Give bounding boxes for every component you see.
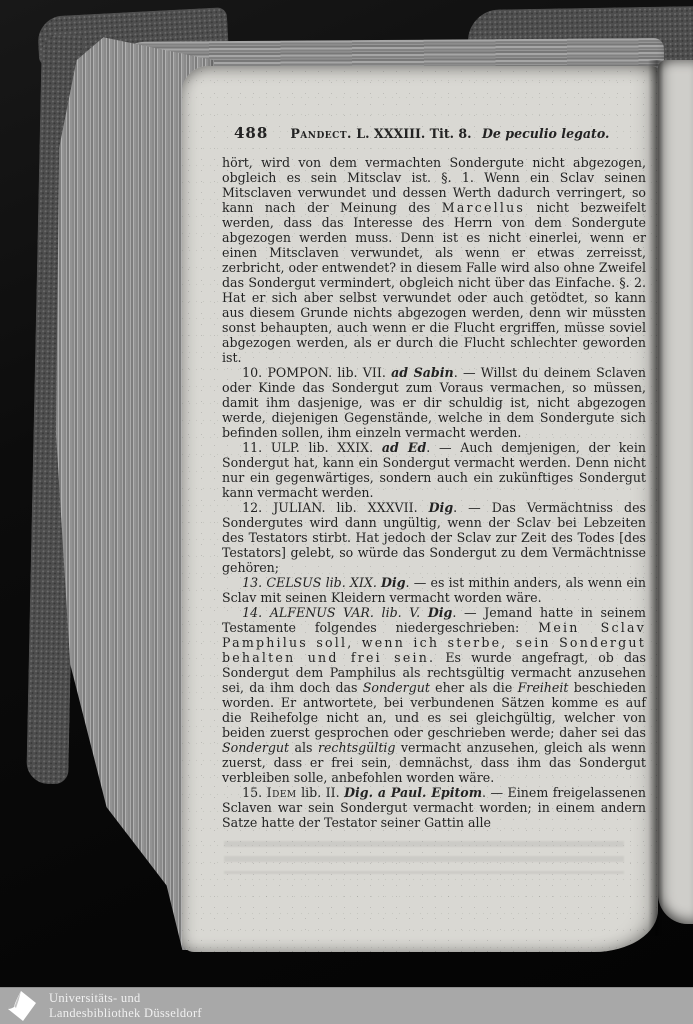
chapter-title-work: Pandect. <box>290 126 352 141</box>
text-segment: Dig <box>429 500 454 515</box>
library-watermark-bar: Universitäts- und Landesbibliothek Düsse… <box>0 987 693 1024</box>
text-segment: ad Ed <box>382 440 426 455</box>
text-segment: lib. II. <box>297 785 344 800</box>
text-segment: eher als die <box>430 680 518 695</box>
paragraph: 11. ULP. lib. XXIX. ad Ed. — Auch demjen… <box>222 440 646 500</box>
text-segment: 10. POMPON. lib. VII. <box>242 365 391 380</box>
running-header: 488 Pandect. L. XXXIII. Tit. 8. De pecul… <box>222 124 646 142</box>
library-name: Universitäts- und Landesbibliothek Düsse… <box>49 991 202 1021</box>
book-page: 488 Pandect. L. XXXIII. Tit. 8. De pecul… <box>182 66 658 952</box>
gutter-shadow <box>648 60 664 936</box>
body-text: hört, wird von dem vermachten Sondergute… <box>222 155 646 830</box>
text-segment: Idem <box>267 785 297 800</box>
paragraph: hört, wird von dem vermachten Sondergute… <box>222 155 646 365</box>
page-number: 488 <box>234 124 268 142</box>
paragraph: 14. ALFENUS VAR. lib. V. Dig. — Jemand h… <box>222 605 646 785</box>
library-name-line1: Universitäts- und <box>49 991 202 1006</box>
page-content: 488 Pandect. L. XXXIII. Tit. 8. De pecul… <box>222 124 646 830</box>
chapter-title-ref: L. XXXIII. Tit. 8. <box>356 126 471 141</box>
text-segment: 14. ALFENUS VAR. lib. V. <box>242 605 428 620</box>
paragraph: 12. JULIAN. lib. XXXVII. Dig. — Das Verm… <box>222 500 646 575</box>
text-segment: rechtsgültig <box>318 740 396 755</box>
text-segment: Marcellus <box>442 200 525 215</box>
verso-show-through <box>224 838 624 874</box>
text-segment: 11. ULP. lib. XXIX. <box>242 440 382 455</box>
text-segment: Sondergut <box>222 740 289 755</box>
text-segment: nicht bezweifelt werden, dass das Intere… <box>222 200 646 365</box>
text-segment: 12. JULIAN. lib. XXXVII. <box>242 500 428 515</box>
text-segment: Dig <box>428 605 453 620</box>
text-segment: als <box>289 740 318 755</box>
text-segment: Freiheit <box>518 680 569 695</box>
paragraph: 10. POMPON. lib. VII. ad Sabin. — Willst… <box>222 365 646 440</box>
text-segment: 15. <box>242 785 267 800</box>
text-segment: Sondergut <box>363 680 430 695</box>
paragraph: 13. CELSUS lib. XIX. Dig. — es ist mithi… <box>222 575 646 605</box>
chapter-title: Pandect. L. XXXIII. Tit. 8. De peculio l… <box>290 126 609 141</box>
text-segment: ad Sabin <box>391 365 454 380</box>
chapter-title-latin: De peculio legato. <box>482 126 609 141</box>
scanned-book-photo: 488 Pandect. L. XXXIII. Tit. 8. De pecul… <box>0 0 693 1024</box>
paragraph: 15. Idem lib. II. Dig. a Paul. Epitom. —… <box>222 785 646 830</box>
library-name-line2: Landesbibliothek Düsseldorf <box>49 1006 202 1021</box>
text-segment: 13. CELSUS lib. XIX. <box>242 575 381 590</box>
text-segment: Dig <box>381 575 406 590</box>
text-segment: Dig. a Paul. Epitom <box>344 785 482 800</box>
open-book-icon <box>5 990 39 1022</box>
